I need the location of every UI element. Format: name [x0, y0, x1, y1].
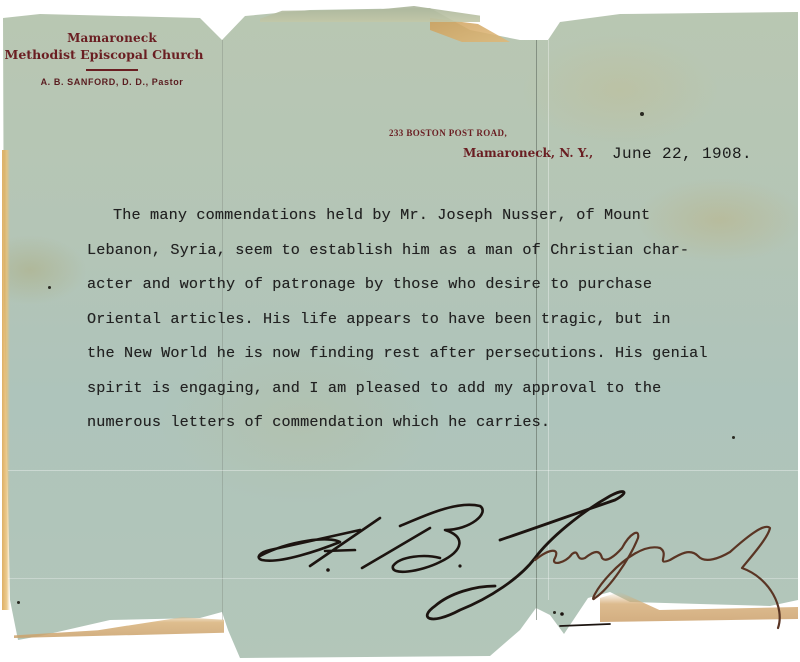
- body-line: the New World he is now finding rest aft…: [87, 336, 787, 371]
- torn-edge-top: [260, 6, 480, 22]
- letterhead-address: 233 BOSTON POST ROAD,: [389, 128, 507, 138]
- handwritten-signature: A. B. Sanford: [250, 478, 790, 638]
- body-line: spirit is engaging, and I am pleased to …: [87, 371, 787, 406]
- fold-crease-horizontal-1: [8, 470, 798, 471]
- scanned-letter: Mamaroneck Methodist Episcopal Church A.…: [0, 0, 800, 662]
- letterhead-city: Mamaroneck, N. Y.,: [463, 146, 593, 160]
- letterhead-church-name: Methodist Episcopal Church: [0, 46, 212, 64]
- signature-strokes: [250, 478, 790, 638]
- body-line: numerous letters of commendation which h…: [87, 405, 787, 440]
- letterhead-divider: [86, 69, 138, 71]
- ink-spot: [640, 112, 644, 116]
- body-line: Oriental articles. His life appears to h…: [87, 302, 787, 337]
- letterhead: Mamaroneck Methodist Episcopal Church A.…: [12, 30, 212, 87]
- letterhead-town: Mamaroneck: [12, 30, 212, 46]
- body-line: Lebanon, Syria, seem to establish him as…: [87, 233, 787, 268]
- letterhead-pastor: A. B. SANFORD, D. D., Pastor: [12, 77, 212, 87]
- ink-spot: [48, 286, 51, 289]
- ink-spot: [17, 601, 20, 604]
- letter-date: June 22, 1908.: [612, 145, 752, 163]
- letter-body: The many commendations held by Mr. Josep…: [87, 198, 787, 440]
- body-line: The many commendations held by Mr. Josep…: [87, 198, 787, 233]
- body-line: acter and worthy of patronage by those w…: [87, 267, 787, 302]
- aged-edge-left: [2, 150, 10, 610]
